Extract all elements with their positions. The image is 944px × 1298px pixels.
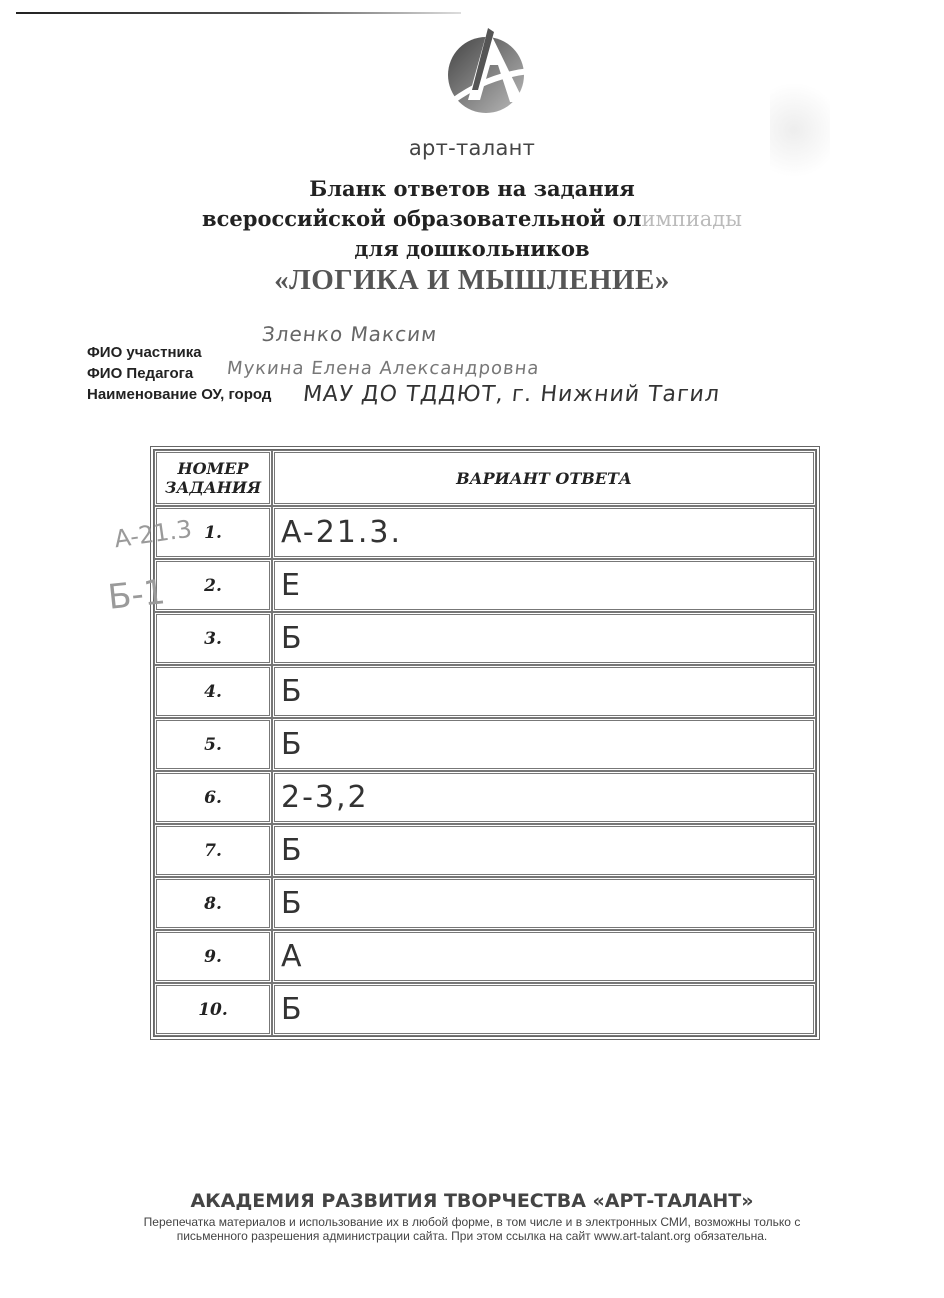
task-number-cell: 5. [154, 718, 272, 771]
task-number-cell: 10. [154, 983, 272, 1036]
table-row: 5.Б [154, 718, 816, 771]
answer-cell: A-21.3. [272, 506, 816, 559]
footer-copyright-line-2: письменного разрешения администрации сай… [0, 1229, 944, 1243]
title-line-2-faded: импиады [641, 207, 742, 231]
answer-cell: Б [272, 877, 816, 930]
table-row: 4.Б [154, 665, 816, 718]
answer-table: НОМЕР ЗАДАНИЯ ВАРИАНТ ОТВЕТА 1.A-21.3.2.… [150, 446, 820, 1040]
table-row: 6.2-3,2 [154, 771, 816, 824]
school-city-label: Наименование ОУ, город [87, 386, 271, 403]
answer-cell: Е [272, 559, 816, 612]
answer-cell: Б [272, 824, 816, 877]
column-header-task-number: НОМЕР ЗАДАНИЯ [154, 450, 272, 506]
footer-title: АКАДЕМИЯ РАЗВИТИЯ ТВОРЧЕСТВА «АРТ-ТАЛАНТ… [0, 1190, 944, 1212]
task-number-cell: 9. [154, 930, 272, 983]
participant-name-value: Зленко Максим [261, 322, 439, 346]
scan-artifact [770, 60, 830, 200]
table-row: 9.А [154, 930, 816, 983]
task-number-cell: 6. [154, 771, 272, 824]
answer-cell: А [272, 930, 816, 983]
task-number-cell: 8. [154, 877, 272, 930]
table-row: 8.Б [154, 877, 816, 930]
margin-note-2: Б-1 [106, 572, 167, 618]
table-row: 1.A-21.3. [154, 506, 816, 559]
task-number-cell: 3. [154, 612, 272, 665]
answer-cell: Б [272, 612, 816, 665]
task-number-cell: 7. [154, 824, 272, 877]
table-row: 7.Б [154, 824, 816, 877]
table-row: 2.Е [154, 559, 816, 612]
title-line-2: всероссийской образовательной олимпиады [0, 206, 944, 231]
task-number-cell: 2. [154, 559, 272, 612]
table-row: 3.Б [154, 612, 816, 665]
table-header-row: НОМЕР ЗАДАНИЯ ВАРИАНТ ОТВЕТА [154, 450, 816, 506]
column-header-answer: ВАРИАНТ ОТВЕТА [272, 450, 816, 506]
title-line-2-main: всероссийской образовательной ол [202, 206, 641, 231]
school-city-value: МАУ ДО ТДДЮТ, г. Нижний Тагил [302, 382, 722, 407]
answer-cell: 2-3,2 [272, 771, 816, 824]
answer-cell: Б [272, 983, 816, 1036]
art-talant-logo-icon [438, 20, 534, 120]
title-line-3: для дошкольников [0, 236, 944, 261]
top-rule [16, 12, 461, 14]
answer-cell: Б [272, 718, 816, 771]
answer-cell: Б [272, 665, 816, 718]
participant-label: ФИО участника [87, 344, 202, 361]
footer-copyright-line-1: Перепечатка материалов и использование и… [0, 1215, 944, 1229]
teacher-name-value: Мукина Елена Александровна [226, 358, 541, 379]
table-row: 10.Б [154, 983, 816, 1036]
olympiad-name: «ЛОГИКА И МЫШЛЕНИЕ» [0, 264, 944, 297]
task-number-cell: 4. [154, 665, 272, 718]
teacher-label: ФИО Педагога [87, 365, 193, 382]
